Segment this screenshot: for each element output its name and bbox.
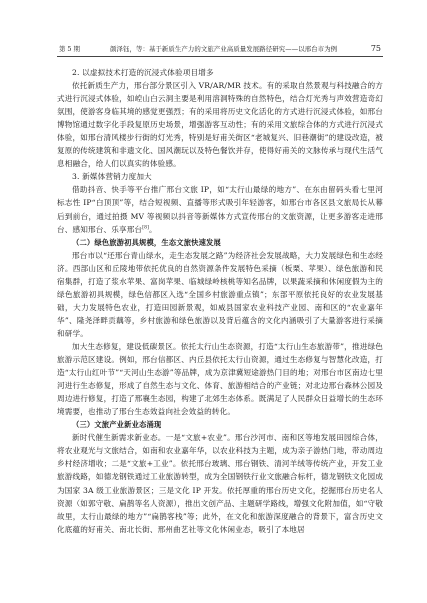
paragraph-immersive: 依托新质生产力，邢台部分景区引入 VR/AR/MR 技术。有的采取自然景观与科技… xyxy=(57,79,383,170)
paragraph-new-formats: 新时代催生新需求新业态。一是“文旅+农业”。邢台沙河市、南和区等地发展田园综合体… xyxy=(57,431,383,535)
paragraph-ecological-restoration: 加大生态修复，建设低碳景区。依托太行山生态资源，打造“太行山生态旅游带”，推进绿… xyxy=(57,340,383,418)
paragraph-new-media: 借助抖音、快手等平台推广邢台文旅 IP，如“太行山最绿的地方”、在东由留码头看七… xyxy=(57,183,383,235)
subsection-heading-2: 2. 以虚拟技术打造的沉浸式体验项目增多 xyxy=(57,66,383,79)
paragraph-end: 。 xyxy=(149,225,157,234)
section-heading-new-formats: （三）文旅产业新业态涌现 xyxy=(57,418,383,431)
paragraph-green-economy: 邢台市以“还邢台青山绿水，走生态发展之路”为经济社会发展战略，大力发展绿色和生态… xyxy=(57,249,383,340)
paragraph-text: 借助抖音、快手等平台推广邢台文旅 IP，如“太行山最绿的地方”、在东由留码头看七… xyxy=(57,185,383,233)
article-body: 2. 以虚拟技术打造的沉浸式体验项目增多 依托新质生产力，邢台部分景区引入 VR… xyxy=(57,66,383,536)
page-number: 75 xyxy=(371,42,381,56)
issue-number: 第 5 期 xyxy=(59,42,80,56)
running-title: 颜泽钰，等：基于新质生产力的文旅产业高质量发展路径研究——以邢台市为例 xyxy=(110,42,337,56)
subsection-heading-3: 3. 新媒体营销力度加大 xyxy=(57,170,383,183)
citation: [8] xyxy=(142,225,149,230)
section-heading-green-tourism: （二）绿色旅游初具规模，生态文旅快速发展 xyxy=(57,236,383,249)
running-header: 第 5 期 颜泽钰，等：基于新质生产力的文旅产业高质量发展路径研究——以邢台市为… xyxy=(57,42,383,56)
header-rule xyxy=(57,56,383,57)
